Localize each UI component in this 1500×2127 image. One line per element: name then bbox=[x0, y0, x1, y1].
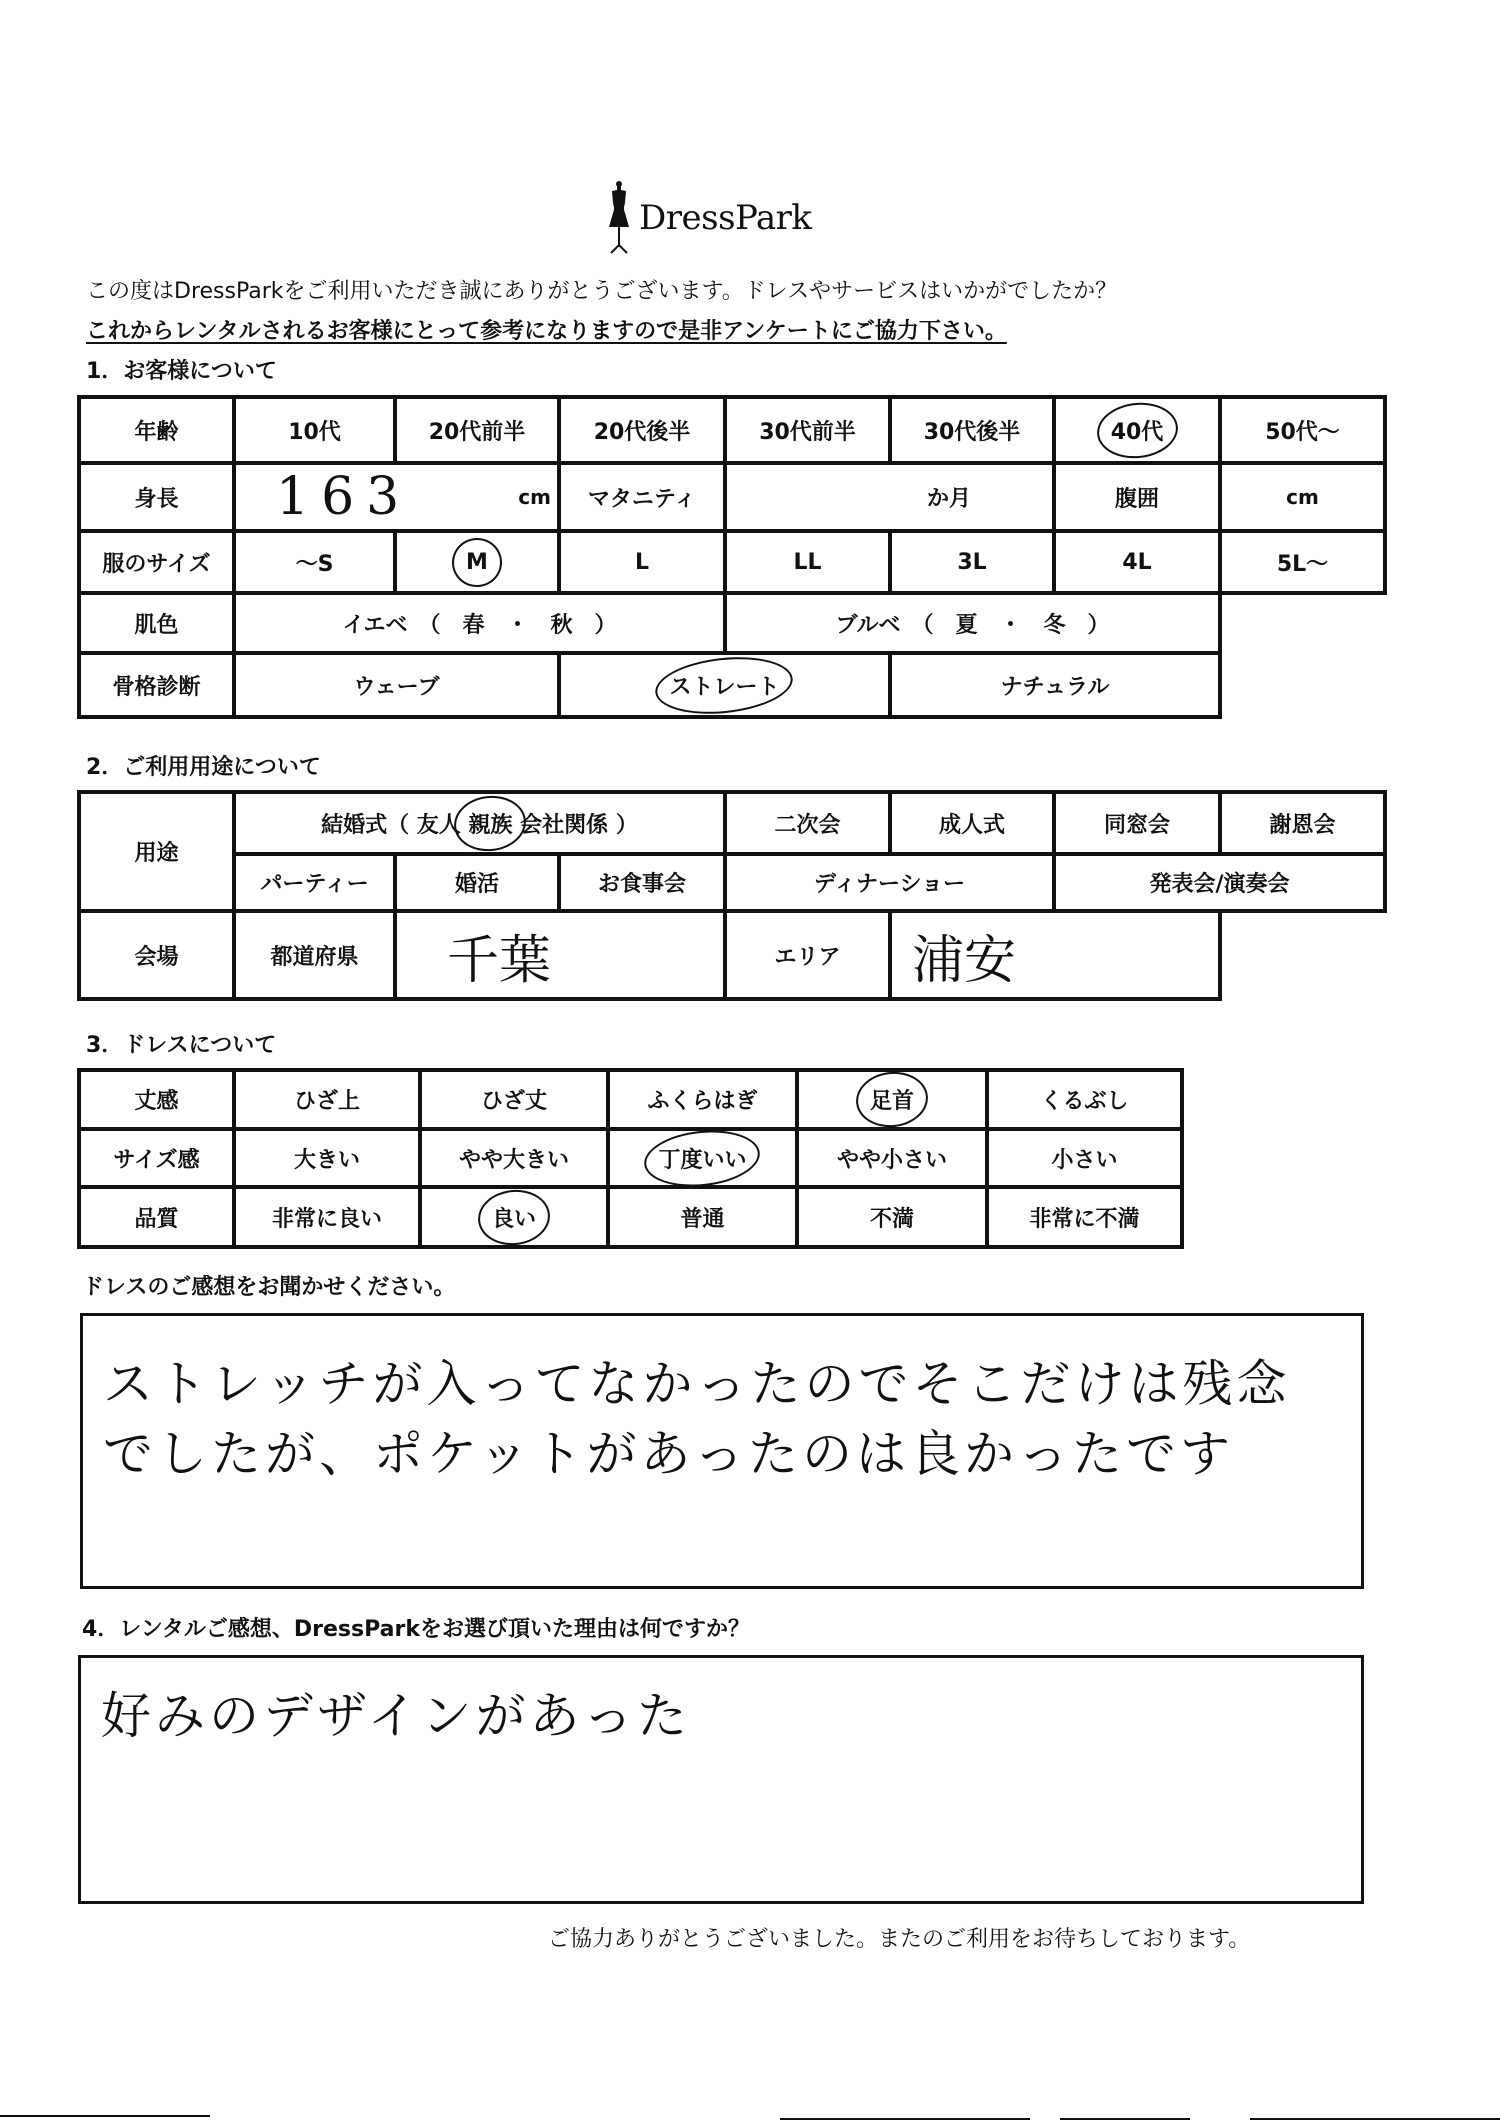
skin-label: 肌色 bbox=[79, 593, 234, 653]
section4-title: 4．レンタルご感想、DressParkをお選び頂いた理由は何ですか？ bbox=[82, 1612, 750, 1643]
size-option[interactable]: 3L bbox=[890, 531, 1054, 593]
age-row: 年齢 10代 20代前半 20代後半 30代前半 30代後半 40代 50代～ bbox=[79, 397, 1385, 463]
skin-row: 肌色 イエベ （ 春 ・ 秋 ） ブルベ （ 夏 ・ 冬 ） bbox=[79, 593, 1385, 653]
wedding-option[interactable]: 結婚式（ 友人 親族 会社関係 ） bbox=[234, 792, 725, 854]
frame-option[interactable]: ウェーブ bbox=[234, 653, 559, 717]
height-row: 身長 163 cm マタニティ か月 腹囲 cm bbox=[79, 463, 1385, 531]
prefecture-value: 千葉 bbox=[447, 931, 551, 991]
yellow-base-option[interactable]: イエベ （ 春 ・ 秋 ） bbox=[234, 593, 725, 653]
purpose-option[interactable]: 成人式 bbox=[890, 792, 1054, 854]
height-unit: cm bbox=[518, 485, 551, 509]
quality-option[interactable]: 普通 bbox=[608, 1187, 797, 1247]
size-row: 服のサイズ ～S M L LL 3L 4L 5L～ bbox=[79, 531, 1385, 593]
scan-edge-line bbox=[0, 2115, 210, 2117]
purpose-option[interactable]: 婚活 bbox=[395, 854, 559, 911]
usage-table: 用途 結婚式（ 友人 親族 会社関係 ） 二次会 成人式 同窓会 謝恩会 パーテ… bbox=[77, 790, 1387, 1001]
frame-row: 骨格診断 ウェーブ ストレート ナチュラル bbox=[79, 653, 1385, 717]
empty-cell bbox=[1220, 593, 1385, 653]
fit-option[interactable]: 大きい bbox=[234, 1129, 420, 1187]
quality-option[interactable]: 非常に不満 bbox=[987, 1187, 1182, 1247]
size-option[interactable]: 4L bbox=[1054, 531, 1220, 593]
fit-option-selected[interactable]: 丁度いい bbox=[608, 1129, 797, 1187]
size-label: 服のサイズ bbox=[79, 531, 234, 593]
scan-edge-line bbox=[780, 2118, 1030, 2120]
area-label: エリア bbox=[725, 911, 890, 999]
frame-label: 骨格診断 bbox=[79, 653, 234, 717]
purpose-option[interactable]: 二次会 bbox=[725, 792, 890, 854]
purpose-option[interactable]: 発表会/演奏会 bbox=[1054, 854, 1385, 911]
length-option[interactable]: くるぶし bbox=[987, 1070, 1182, 1129]
quality-option[interactable]: 不満 bbox=[797, 1187, 987, 1247]
height-field[interactable]: 163 cm bbox=[234, 463, 559, 531]
brand-logo: DressPark bbox=[605, 178, 865, 258]
dress-table: 丈感 ひざ上 ひざ丈 ふくらはぎ 足首 くるぶし サイズ感 大きい やや大きい … bbox=[77, 1068, 1184, 1249]
fit-option[interactable]: やや大きい bbox=[420, 1129, 608, 1187]
section1-title: 1．お客様について bbox=[86, 354, 277, 385]
wedding-company[interactable]: 会社関係 bbox=[520, 813, 608, 838]
venue-label: 会場 bbox=[79, 911, 234, 999]
age-option[interactable]: 50代～ bbox=[1220, 397, 1385, 463]
blue-base-option[interactable]: ブルベ （ 夏 ・ 冬 ） bbox=[725, 593, 1220, 653]
fit-label: サイズ感 bbox=[79, 1129, 234, 1187]
waist-label: 腹囲 bbox=[1054, 463, 1220, 531]
age-label: 年齢 bbox=[79, 397, 234, 463]
purpose-option[interactable]: 謝恩会 bbox=[1220, 792, 1385, 854]
waist-field[interactable]: cm bbox=[1220, 463, 1385, 531]
length-option-selected[interactable]: 足首 bbox=[797, 1070, 987, 1129]
purpose-row-1: 用途 結婚式（ 友人 親族 会社関係 ） 二次会 成人式 同窓会 謝恩会 bbox=[79, 792, 1385, 854]
purpose-option[interactable]: お食事会 bbox=[559, 854, 725, 911]
age-option[interactable]: 10代 bbox=[234, 397, 395, 463]
empty-cell bbox=[1220, 653, 1385, 717]
customer-info-table: 年齢 10代 20代前半 20代後半 30代前半 30代後半 40代 50代～ … bbox=[77, 395, 1387, 719]
age-option[interactable]: 20代後半 bbox=[559, 397, 725, 463]
empty-cell bbox=[1220, 911, 1385, 999]
fit-row: サイズ感 大きい やや大きい 丁度いい やや小さい 小さい bbox=[79, 1129, 1182, 1187]
purpose-option[interactable]: ディナーショー bbox=[725, 854, 1054, 911]
wedding-label: 結婚式（ bbox=[321, 813, 409, 838]
intro-text: この度はDressParkをご利用いただき誠にありがとうございます。ドレスやサー… bbox=[86, 274, 1117, 305]
size-option[interactable]: 5L～ bbox=[1220, 531, 1385, 593]
length-option[interactable]: ひざ丈 bbox=[420, 1070, 608, 1129]
rental-comment-answer: 好みのデザインがあった bbox=[101, 1676, 691, 1748]
brand-name: DressPark bbox=[639, 198, 812, 238]
maternity-label: マタニティ bbox=[559, 463, 725, 531]
fit-option[interactable]: 小さい bbox=[987, 1129, 1182, 1187]
size-option[interactable]: LL bbox=[725, 531, 890, 593]
purpose-row-2: パーティー 婚活 お食事会 ディナーショー 発表会/演奏会 bbox=[79, 854, 1385, 911]
dress-comment-line: ストレッチが入ってなかったのでそこだけは残念 bbox=[103, 1344, 1291, 1416]
quality-label: 品質 bbox=[79, 1187, 234, 1247]
scan-edge-line bbox=[1250, 2118, 1500, 2120]
dress-comment-box[interactable]: ストレッチが入ってなかったのでそこだけは残念 でしたが、ポケットがあったのは良か… bbox=[80, 1313, 1364, 1589]
purpose-option[interactable]: パーティー bbox=[234, 854, 395, 911]
section2-title: 2．ご利用用途について bbox=[86, 750, 321, 781]
venue-row: 会場 都道府県 千葉 エリア 浦安 bbox=[79, 911, 1385, 999]
height-value: 163 bbox=[276, 467, 411, 527]
scan-edge-line bbox=[1060, 2118, 1190, 2120]
area-value: 浦安 bbox=[912, 931, 1016, 991]
purpose-option[interactable]: 同窓会 bbox=[1054, 792, 1220, 854]
age-option[interactable]: 30代後半 bbox=[890, 397, 1054, 463]
frame-option-selected[interactable]: ストレート bbox=[559, 653, 890, 717]
length-row: 丈感 ひざ上 ひざ丈 ふくらはぎ 足首 くるぶし bbox=[79, 1070, 1182, 1129]
size-option[interactable]: ～S bbox=[234, 531, 395, 593]
frame-option[interactable]: ナチュラル bbox=[890, 653, 1220, 717]
length-option[interactable]: ふくらはぎ bbox=[608, 1070, 797, 1129]
maternity-unit: か月 bbox=[927, 482, 971, 513]
wedding-close: ） bbox=[616, 813, 638, 838]
size-option[interactable]: L bbox=[559, 531, 725, 593]
prefecture-label: 都道府県 bbox=[234, 911, 395, 999]
maternity-field[interactable]: か月 bbox=[725, 463, 1054, 531]
length-label: 丈感 bbox=[79, 1070, 234, 1129]
purpose-label: 用途 bbox=[79, 792, 234, 911]
wedding-relative-selected[interactable]: 親族 bbox=[468, 808, 512, 839]
intro-request: これからレンタルされるお客様にとって参考になりますので是非アンケートにご協力下さ… bbox=[86, 314, 1007, 345]
fit-option[interactable]: やや小さい bbox=[797, 1129, 987, 1187]
age-option[interactable]: 20代前半 bbox=[395, 397, 559, 463]
dress-form-icon bbox=[605, 179, 633, 257]
size-option-selected[interactable]: M bbox=[395, 531, 559, 593]
age-option[interactable]: 30代前半 bbox=[725, 397, 890, 463]
footer-thanks: ご協力ありがとうございました。またのご利用をお待ちしております。 bbox=[548, 1922, 1250, 1953]
length-option[interactable]: ひざ上 bbox=[234, 1070, 420, 1129]
dress-comment-label: ドレスのご感想をお聞かせください。 bbox=[82, 1270, 455, 1301]
section3-title: 3．ドレスについて bbox=[86, 1028, 276, 1059]
quality-row: 品質 非常に良い 良い 普通 不満 非常に不満 bbox=[79, 1187, 1182, 1247]
area-field[interactable]: 浦安 bbox=[890, 911, 1220, 999]
quality-option[interactable]: 非常に良い bbox=[234, 1187, 420, 1247]
waist-unit: cm bbox=[1286, 485, 1319, 509]
rental-comment-box[interactable]: 好みのデザインがあった bbox=[78, 1655, 1364, 1904]
height-label: 身長 bbox=[79, 463, 234, 531]
prefecture-field[interactable]: 千葉 bbox=[395, 911, 725, 999]
quality-option-selected[interactable]: 良い bbox=[420, 1187, 608, 1247]
age-option-selected[interactable]: 40代 bbox=[1054, 397, 1220, 463]
dress-comment-line: でしたが、ポケットがあったのは良かったです bbox=[103, 1414, 1234, 1486]
